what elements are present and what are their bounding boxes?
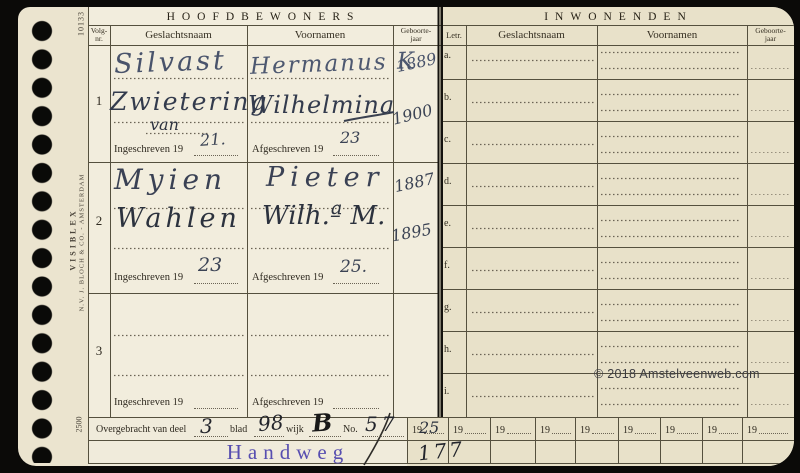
handwritten-voornamen-r2l2: Wilh.ª M. bbox=[262, 201, 385, 231]
year-leader bbox=[507, 433, 531, 434]
letter-row-d: d. bbox=[444, 176, 464, 187]
letter-row-f: f. bbox=[444, 260, 464, 271]
handwritten-surname-r1l2: Zwietering bbox=[110, 87, 268, 116]
col-header-geb-2: jaar bbox=[410, 35, 421, 43]
card-serial-bottom: 2500 bbox=[75, 405, 84, 445]
col-header-letter: Letr. bbox=[441, 25, 467, 45]
letter-row-h: h. bbox=[444, 344, 464, 355]
year-leader bbox=[465, 433, 486, 434]
card-serial-top: 10133 bbox=[77, 7, 86, 49]
brand-manufacturer: N.V. J. BLOCH & CO. - AMSTERDAM bbox=[79, 168, 86, 318]
handwritten-177: 177 bbox=[417, 437, 466, 466]
letter-row-c: c. bbox=[444, 134, 464, 145]
col-header-voornamen-left: Voornamen bbox=[247, 25, 393, 45]
brand-visiblex: VISIBLEX bbox=[69, 197, 78, 283]
col-header-geb-r2: jaar bbox=[765, 35, 776, 43]
wijk-label: wijk bbox=[286, 424, 304, 435]
year-leader bbox=[552, 433, 571, 434]
handwritten-wijk: B bbox=[311, 407, 333, 437]
year-prefix: 19 bbox=[623, 425, 633, 436]
section-title-inwonenden: INWONENDEN bbox=[443, 7, 794, 23]
handwritten-surname-r2l2: Wahlen bbox=[116, 203, 241, 234]
footer-year-cell: 19 bbox=[702, 417, 742, 440]
col-header-geboortejaar-left: Geboorte- jaar bbox=[393, 25, 439, 45]
col-header-volgnr: Volg- nr. bbox=[88, 25, 110, 45]
row-number-3: 3 bbox=[91, 343, 107, 359]
year-prefix: 19 bbox=[495, 425, 505, 436]
handwritten-afgeschreven-r2: 25. bbox=[340, 257, 367, 277]
year-prefix: 19 bbox=[453, 425, 463, 436]
ingeschreven-label-row2: Ingeschreven 19 bbox=[114, 272, 183, 283]
handwritten-ingeschreven-r2: 23 bbox=[198, 254, 222, 276]
footer-year-cell: 19 bbox=[742, 417, 792, 440]
year-leader bbox=[635, 433, 656, 434]
col-header-volgnr-2: nr. bbox=[95, 35, 103, 43]
handwritten-voornamen-r2l1: Pieter bbox=[266, 162, 385, 193]
handwritten-deel: 3 bbox=[200, 414, 213, 438]
col-header-geboortejaar-right: Geboorte- jaar bbox=[747, 25, 794, 45]
handweg-stamp: Handweg bbox=[200, 440, 376, 465]
year-leader bbox=[677, 433, 698, 434]
year-prefix: 19 bbox=[580, 425, 590, 436]
photo-background: 10133 VISIBLEX N.V. J. BLOCH & CO. - AMS… bbox=[0, 0, 800, 473]
afgeschreven-leader-row3 bbox=[333, 391, 379, 409]
footer-year-cell: 19 bbox=[618, 417, 660, 440]
transfer-label: Overgebracht van deel bbox=[96, 424, 186, 435]
handwritten-afgeschreven-r1: 23 bbox=[340, 128, 360, 147]
year-prefix: 19 bbox=[747, 425, 757, 436]
letter-row-e: e. bbox=[444, 218, 464, 229]
year-leader bbox=[719, 433, 738, 434]
ingeschreven-label-row1: Ingeschreven 19 bbox=[114, 144, 183, 155]
row-number-1: 1 bbox=[91, 93, 107, 109]
ingeschreven-leader-row3 bbox=[194, 391, 238, 409]
footer-year-cell: 19 bbox=[660, 417, 702, 440]
handwritten-voornamen-r1l2: Wilhelmina bbox=[248, 91, 395, 119]
col-header-voornamen-right: Voornamen bbox=[597, 25, 747, 45]
handwritten-surname-r2l1: Myien bbox=[114, 163, 227, 196]
year-prefix: 19 bbox=[707, 425, 717, 436]
afgeschreven-label-row2: Afgeschreven 19 bbox=[252, 272, 323, 283]
letter-row-g: g. bbox=[444, 302, 464, 313]
row-number-2: 2 bbox=[91, 213, 107, 229]
card-grid: HOOFDBEWONERS INWONENDEN Volg- nr. Gesla… bbox=[88, 7, 794, 466]
footer-year-cell: 19 bbox=[535, 417, 575, 440]
letter-row-i: i. bbox=[444, 386, 464, 397]
section-title-hoofdbewoners: HOOFDBEWONERS bbox=[88, 7, 439, 23]
col-header-geslachtsnaam-left: Geslachtsnaam bbox=[110, 25, 247, 45]
handwritten-year-25: 25 bbox=[419, 418, 439, 437]
blad-label: blad bbox=[230, 424, 247, 435]
handwritten-ingeschreven-r1: 21. bbox=[199, 129, 226, 150]
handwritten-no: 57 bbox=[365, 412, 398, 436]
year-prefix: 19 bbox=[540, 425, 550, 436]
year-leader bbox=[759, 433, 788, 434]
handwritten-surname-r1l1: Silvast bbox=[113, 45, 227, 80]
footer-year-cell: 19 bbox=[575, 417, 618, 440]
letter-row-a: a. bbox=[444, 50, 464, 61]
punch-holes bbox=[31, 17, 53, 463]
footer-year-cell: 19 bbox=[490, 417, 535, 440]
col-header-geslachtsnaam-right: Geslachtsnaam bbox=[466, 25, 597, 45]
letter-row-b: b. bbox=[444, 92, 464, 103]
year-leader bbox=[592, 433, 614, 434]
handwritten-blad: 98 bbox=[257, 410, 284, 436]
afgeschreven-label-row3: Afgeschreven 19 bbox=[252, 397, 323, 408]
year-prefix: 19 bbox=[665, 425, 675, 436]
register-card: 10133 VISIBLEX N.V. J. BLOCH & CO. - AMS… bbox=[18, 7, 794, 466]
handwritten-surname-prefix-r1l2: van bbox=[150, 115, 179, 134]
copyright-watermark: © 2018 Amstelveenweb.com bbox=[594, 367, 760, 381]
no-label: No. bbox=[343, 424, 358, 435]
ingeschreven-label-row3: Ingeschreven 19 bbox=[114, 397, 183, 408]
afgeschreven-label-row1: Afgeschreven 19 bbox=[252, 144, 323, 155]
